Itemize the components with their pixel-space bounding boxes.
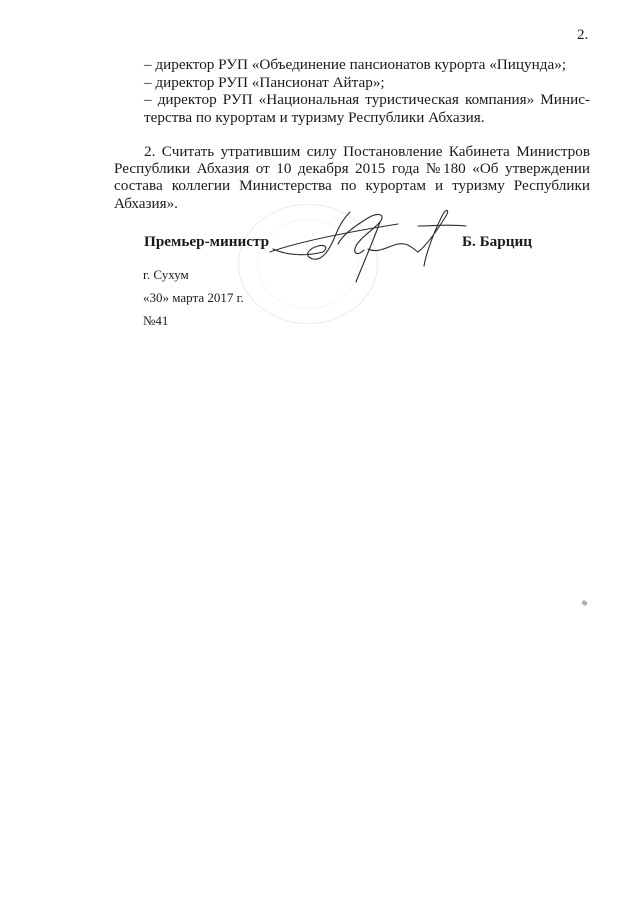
scan-artifact bbox=[581, 600, 587, 606]
list-of-members: – директор РУП «Объединение пансионатов … bbox=[144, 56, 590, 126]
list-item: – директор РУП «Пансионат Айтар»; bbox=[144, 74, 590, 92]
list-item: – директор РУП «Объединение пансионатов … bbox=[144, 56, 590, 74]
signatory-name: Б. Барциц bbox=[462, 233, 532, 251]
paragraph-line: Республики Абхазия от 10 декабря 2015 го… bbox=[114, 160, 590, 177]
page-number: 2. bbox=[577, 27, 588, 44]
issue-city: г. Сухум bbox=[143, 263, 244, 286]
paragraph-line: состава коллегии Министерства по курорта… bbox=[114, 177, 590, 194]
list-item-continuation: терства по курортам и туризму Республики… bbox=[144, 109, 590, 127]
document-number: №41 bbox=[143, 309, 244, 332]
signatory-title: Премьер-министр bbox=[144, 233, 269, 251]
handwritten-signature-icon bbox=[268, 204, 468, 289]
paragraph-2: 2. Считать утратившим силу Постановление… bbox=[114, 143, 590, 212]
issue-date: «30» марта 2017 г. bbox=[143, 286, 244, 309]
paragraph-line: 2. Считать утратившим силу Постановление… bbox=[114, 143, 590, 160]
document-page: 2. – директор РУП «Объединение пансионат… bbox=[0, 0, 640, 905]
list-item: – директор РУП «Национальная туристическ… bbox=[144, 91, 590, 109]
document-meta: г. Сухум «30» марта 2017 г. №41 bbox=[143, 263, 244, 332]
